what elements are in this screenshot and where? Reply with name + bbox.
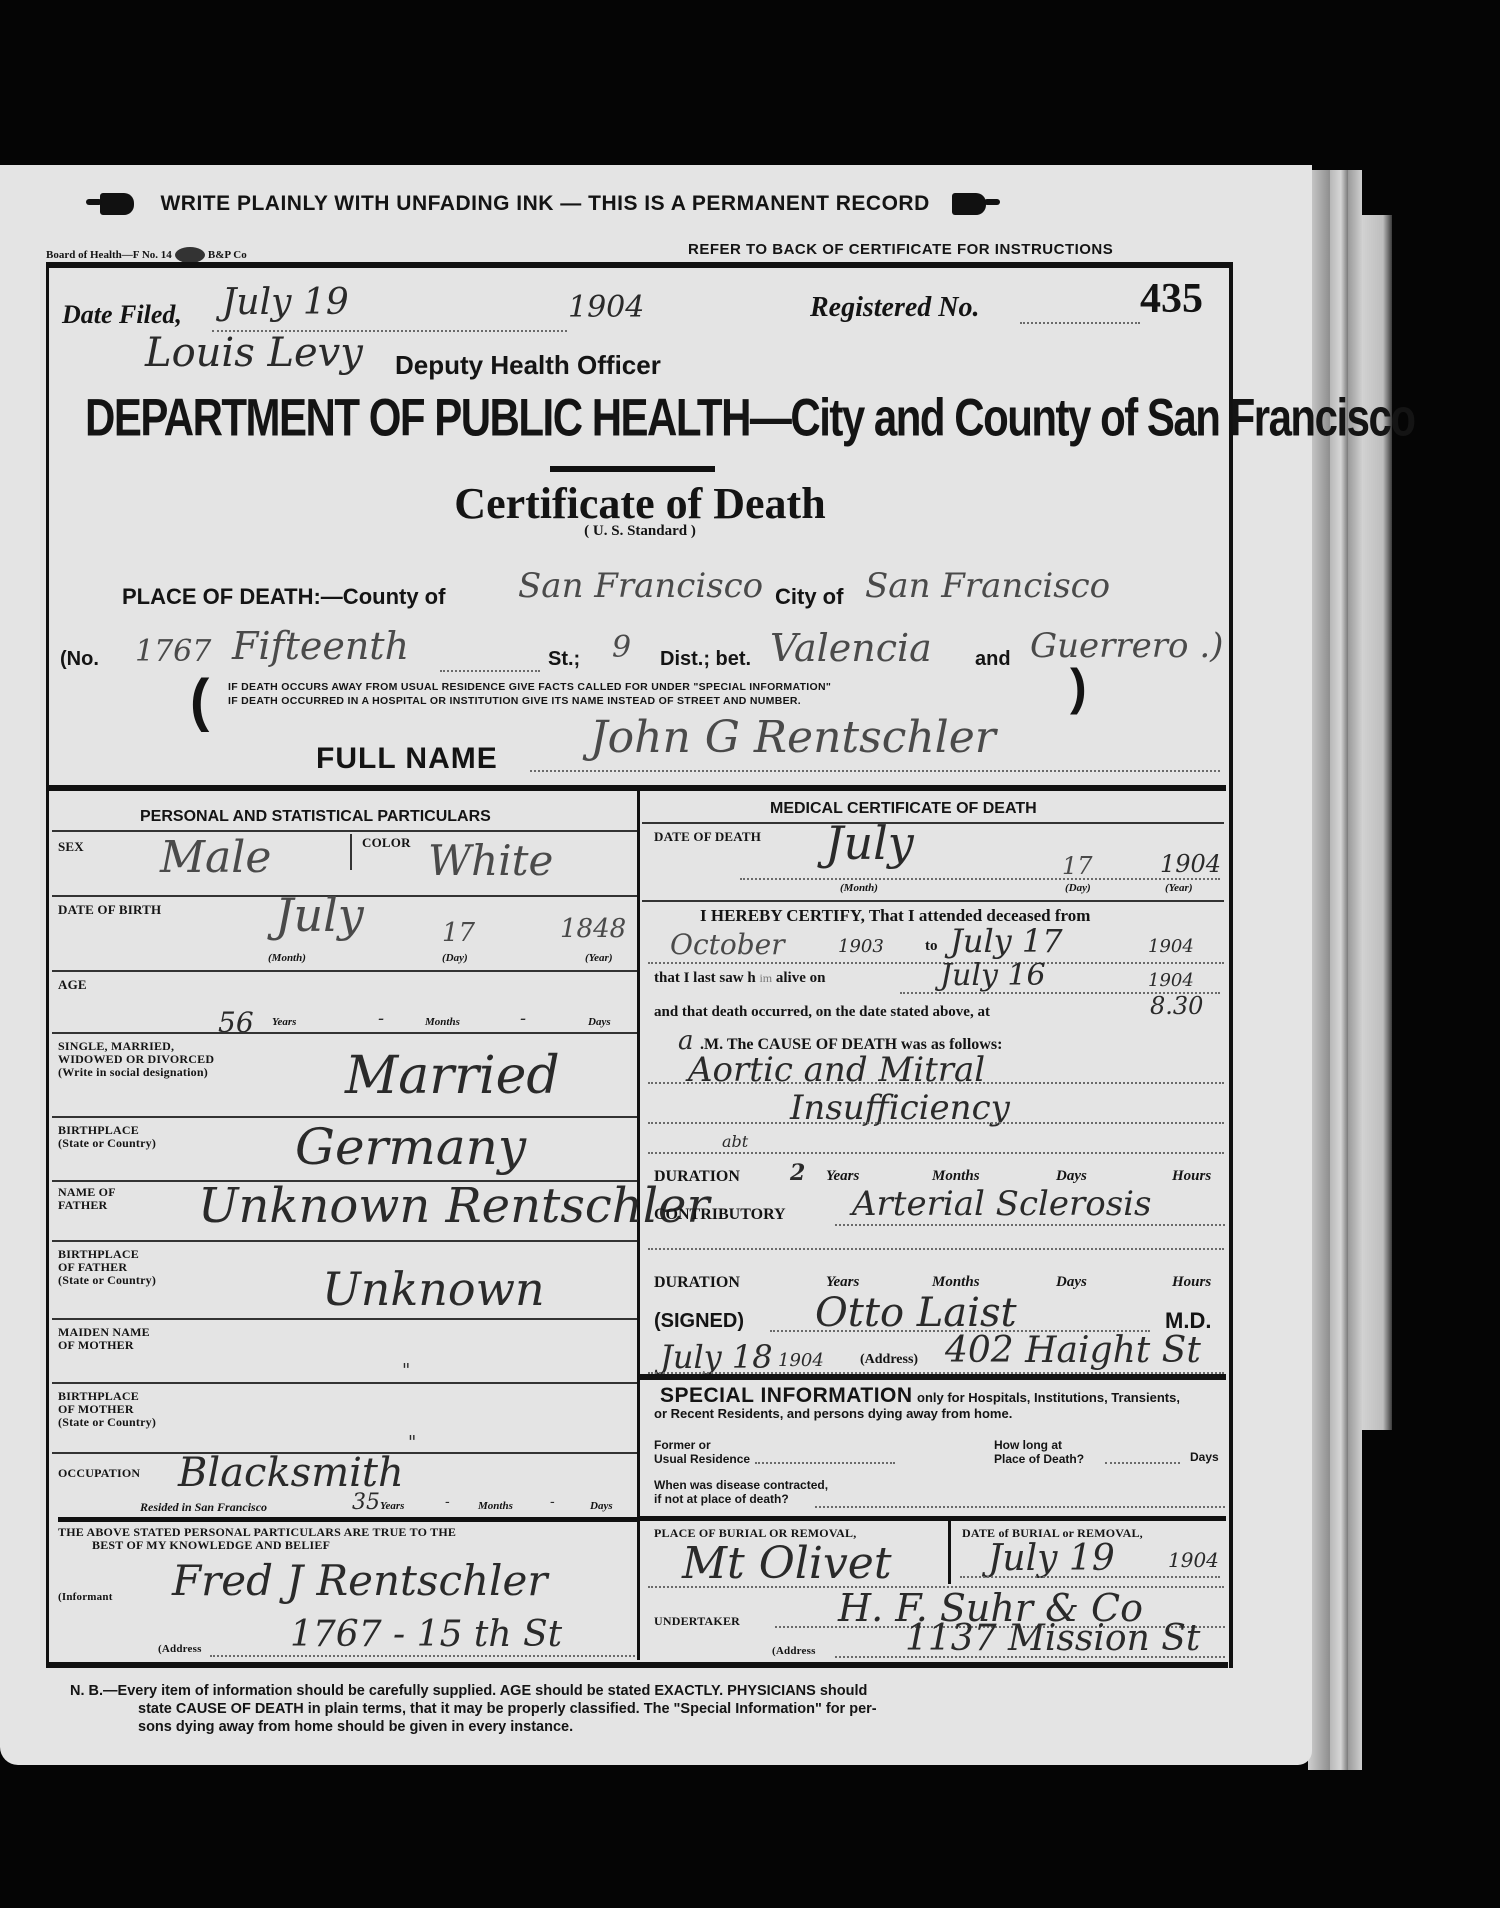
resided-months-caption: Months bbox=[478, 1500, 513, 1512]
resided-days-caption: Days bbox=[590, 1500, 613, 1512]
rule bbox=[440, 670, 540, 672]
former-residence-label: Former or Usual Residence bbox=[654, 1438, 750, 1466]
father-name-label: NAME OF FATHER bbox=[58, 1186, 116, 1212]
rule bbox=[52, 830, 637, 832]
days-caption: Days bbox=[1056, 1274, 1087, 1291]
rule bbox=[52, 1382, 637, 1384]
mother-bp-label-line: (State or Country) bbox=[58, 1416, 156, 1429]
attended-from: October bbox=[670, 928, 785, 961]
and-label: and bbox=[975, 648, 1011, 671]
rule bbox=[52, 1240, 637, 1242]
certificate-subtitle: ( U. S. Standard ) bbox=[0, 523, 1280, 540]
date-filed-label: Date Filed, bbox=[62, 300, 182, 330]
days-caption: Days bbox=[588, 1016, 611, 1028]
special-heading-small: only for Hospitals, Institutions, Transi… bbox=[917, 1390, 1180, 1405]
refer-instructions: REFER TO BACK OF CERTIFICATE FOR INSTRUC… bbox=[688, 241, 1113, 258]
month-caption: (Month) bbox=[840, 882, 878, 894]
birthplace-label: BIRTHPLACE (State or Country) bbox=[58, 1124, 156, 1150]
rule bbox=[1020, 322, 1140, 324]
signed-label: (SIGNED) bbox=[654, 1310, 744, 1333]
rule bbox=[648, 1122, 1224, 1124]
department-title: DEPARTMENT OF PUBLIC HEALTH—City and Cou… bbox=[85, 388, 1415, 448]
officer-title: Deputy Health Officer bbox=[395, 350, 661, 381]
how-long-field bbox=[1105, 1462, 1180, 1464]
footnote-line-3: sons dying away from home should be give… bbox=[70, 1718, 1180, 1736]
color-label: COLOR bbox=[362, 836, 411, 850]
rule bbox=[642, 900, 1224, 902]
place-note-line-2: IF DEATH OCCURRED IN A HOSPITAL OR INSTI… bbox=[228, 694, 831, 708]
date-of-death-day: 17 bbox=[1062, 852, 1093, 880]
months-caption: Months bbox=[932, 1274, 980, 1291]
special-heading-big: SPECIAL INFORMATION bbox=[660, 1384, 913, 1407]
resided-years: 35 bbox=[352, 1490, 380, 1515]
date-filed-year: 1904 bbox=[568, 290, 644, 325]
cross-street-2: Guerrero .) bbox=[1030, 626, 1223, 666]
date-of-death-month: July bbox=[825, 816, 914, 870]
street-label: St.; bbox=[548, 648, 580, 671]
resided-days: - bbox=[550, 1494, 555, 1510]
years-caption: Years bbox=[826, 1274, 859, 1291]
sex-color-divider bbox=[350, 834, 352, 870]
mother-label-line: OF MOTHER bbox=[58, 1339, 150, 1352]
footnote-line-2: state CAUSE OF DEATH in plain terms, tha… bbox=[70, 1700, 1180, 1718]
rule bbox=[960, 1576, 1220, 1578]
union-seal-icon bbox=[175, 247, 205, 263]
date-of-death-label: DATE OF DEATH bbox=[654, 830, 761, 844]
contributory-value: Arterial Sclerosis bbox=[852, 1184, 1152, 1224]
mother-name-label: MAIDEN NAME OF MOTHER bbox=[58, 1326, 150, 1352]
resided-months: - bbox=[445, 1494, 450, 1510]
attended-from-year: 1903 bbox=[838, 936, 884, 957]
banner-text: WRITE PLAINLY WITH UNFADING INK — THIS I… bbox=[160, 192, 929, 215]
color-value: White bbox=[428, 836, 553, 885]
former-label-line: Usual Residence bbox=[654, 1452, 750, 1466]
birthplace-value: Germany bbox=[295, 1118, 526, 1176]
form-id: Board of Health—F No. 14 B&P Co bbox=[46, 247, 247, 263]
last-saw-line: that I last saw h im alive on bbox=[654, 970, 825, 987]
rule bbox=[648, 1152, 1224, 1154]
personal-heading: PERSONAL AND STATISTICAL PARTICULARS bbox=[140, 808, 491, 826]
resided-label: Resided in San Francisco bbox=[140, 1500, 267, 1515]
place-of-death-label: PLACE OF DEATH:—County of bbox=[122, 584, 445, 610]
paren-open: ( bbox=[190, 676, 209, 726]
pointing-hand-icon bbox=[952, 193, 986, 215]
father-bp-label-line: (State or Country) bbox=[58, 1274, 156, 1287]
rule bbox=[52, 970, 637, 972]
dob-month: July bbox=[275, 888, 364, 942]
days-label: Days bbox=[1190, 1450, 1219, 1464]
undertaker-label: UNDERTAKER bbox=[654, 1614, 740, 1628]
burial-date: July 19 bbox=[988, 1538, 1115, 1579]
last-saw-date: July 16 bbox=[940, 958, 1046, 993]
father-birthplace-label: BIRTHPLACE OF FATHER (State or Country) bbox=[58, 1248, 156, 1287]
last-saw-him: im bbox=[759, 971, 772, 985]
undertaker-address-label: (Address bbox=[772, 1644, 816, 1658]
rule bbox=[52, 1318, 637, 1320]
title-rule bbox=[550, 466, 715, 472]
mother-birthplace-label: BIRTHPLACE OF MOTHER (State or Country) bbox=[58, 1390, 156, 1429]
informant-label: (Informant bbox=[58, 1590, 113, 1604]
former-residence-field bbox=[755, 1462, 895, 1464]
footnote-text-1: Every item of information should be care… bbox=[118, 1683, 868, 1699]
attended-to-year: 1904 bbox=[1148, 936, 1194, 957]
father-name-value: Unknown Rentschler bbox=[198, 1178, 709, 1234]
officer-signature: Louis Levy bbox=[145, 330, 363, 376]
sex-label: SEX bbox=[58, 840, 84, 854]
dob-year: 1848 bbox=[560, 914, 626, 944]
sex-value: Male bbox=[160, 832, 271, 883]
contracted-label-line: When was disease contracted, bbox=[654, 1478, 828, 1492]
rule bbox=[648, 1248, 1224, 1250]
duration-years: 2 bbox=[790, 1160, 805, 1186]
informant-statement-line: BEST OF MY KNOWLEDGE AND BELIEF bbox=[58, 1539, 456, 1552]
city-label: City of bbox=[775, 584, 843, 610]
district-label: Dist.; bet. bbox=[660, 648, 751, 671]
marital-label-line: (Write in social designation) bbox=[58, 1066, 214, 1079]
cause-line-1: Aortic and Mitral bbox=[688, 1050, 985, 1090]
informant-rule bbox=[58, 1517, 638, 1522]
special-heading: SPECIAL INFORMATION only for Hospitals, … bbox=[660, 1384, 1180, 1408]
informant-statement: THE ABOVE STATED PERSONAL PARTICULARS AR… bbox=[58, 1526, 456, 1552]
paren-close: ) bbox=[1070, 662, 1087, 712]
special-rule bbox=[640, 1374, 1226, 1380]
months-caption: Months bbox=[425, 1016, 460, 1028]
day-caption: (Day) bbox=[442, 952, 468, 964]
rule bbox=[835, 1656, 1225, 1658]
form-id-text: Board of Health—F No. 14 bbox=[46, 249, 172, 261]
informant-name: Fred J Rentschler bbox=[172, 1556, 547, 1605]
rule bbox=[642, 822, 1224, 824]
registered-label: Registered No. bbox=[810, 292, 980, 324]
alive-on-label: alive on bbox=[776, 970, 826, 986]
number-label: (No. bbox=[60, 648, 99, 671]
footnote-line-1: N. B.—Every item of information should b… bbox=[70, 1682, 1180, 1700]
contracted-label: When was disease contracted, if not at p… bbox=[654, 1478, 828, 1506]
city-value: San Francisco bbox=[865, 566, 1110, 606]
form-bottom-rule bbox=[48, 1662, 1228, 1668]
resided-years-caption: Years bbox=[380, 1500, 404, 1512]
special-heading-small-2: or Recent Residents, and persons dying a… bbox=[654, 1406, 1012, 1421]
footnote: N. B.—Every item of information should b… bbox=[70, 1682, 1180, 1736]
hours-caption: Hours bbox=[1172, 1168, 1211, 1185]
certificate-title-block: Certificate of Death ( U. S. Standard ) bbox=[0, 478, 1280, 540]
hours-caption: Hours bbox=[1172, 1274, 1211, 1291]
rule bbox=[210, 1655, 635, 1657]
street-name: Fifteenth bbox=[232, 624, 409, 668]
burial-divider bbox=[948, 1518, 951, 1584]
birthplace-label-line: (State or Country) bbox=[58, 1137, 156, 1150]
years-caption: Years bbox=[826, 1168, 859, 1185]
mother-name-value: " bbox=[402, 1360, 410, 1381]
marital-label: SINGLE, MARRIED, WIDOWED OR DIVORCED (Wr… bbox=[58, 1040, 214, 1079]
how-long-label-line: How long at bbox=[994, 1438, 1084, 1452]
burial-rule bbox=[640, 1516, 1226, 1521]
physician-address: 402 Haight St bbox=[945, 1330, 1201, 1371]
occurred-text: and that death occurred, on the date sta… bbox=[654, 1004, 990, 1021]
informant-address-label: (Address bbox=[158, 1642, 202, 1656]
signed-year: 1904 bbox=[778, 1350, 824, 1371]
physician-address-label: (Address) bbox=[860, 1352, 918, 1368]
pointing-hand-icon bbox=[100, 193, 134, 215]
age-days: - bbox=[520, 1008, 526, 1029]
father-label-line: FATHER bbox=[58, 1199, 116, 1212]
rule bbox=[52, 1032, 637, 1034]
to-label: to bbox=[925, 938, 938, 955]
date-filed-value: July 19 bbox=[222, 282, 349, 323]
contracted-field bbox=[815, 1506, 1225, 1508]
undertaker-address: 1137 Mission St bbox=[905, 1618, 1200, 1659]
date-of-death-year: 1904 bbox=[1160, 850, 1221, 878]
district-value: 9 bbox=[612, 630, 631, 665]
informant-address: 1767 - 15 th St bbox=[290, 1614, 562, 1655]
rule bbox=[648, 1082, 1224, 1084]
rule bbox=[740, 878, 1220, 880]
days-caption: Days bbox=[1056, 1168, 1087, 1185]
occupation-label: OCCUPATION bbox=[58, 1466, 140, 1480]
full-name-label: FULL NAME bbox=[316, 742, 498, 776]
duration-abt: abt bbox=[722, 1132, 748, 1151]
signed-date: July 18 bbox=[660, 1338, 773, 1376]
duration-label: DURATION bbox=[654, 1168, 740, 1186]
place-note: IF DEATH OCCURS AWAY FROM USUAL RESIDENC… bbox=[228, 680, 831, 708]
dob-day: 17 bbox=[442, 918, 475, 948]
age-years: 56 bbox=[218, 1006, 254, 1039]
rule bbox=[530, 770, 1220, 772]
banner: WRITE PLAINLY WITH UNFADING INK — THIS I… bbox=[100, 192, 1230, 216]
cross-street-1: Valencia bbox=[770, 626, 932, 670]
marital-value: Married bbox=[345, 1046, 560, 1106]
duration-2-label: DURATION bbox=[654, 1274, 740, 1292]
last-saw-year: 1904 bbox=[1148, 970, 1194, 991]
county-value: San Francisco bbox=[518, 566, 763, 606]
year-caption: (Year) bbox=[1165, 882, 1193, 894]
registered-number: 435 bbox=[1140, 275, 1203, 323]
full-name-value: John G Rentschler bbox=[590, 712, 996, 763]
mother-birthplace-value: " bbox=[408, 1432, 416, 1453]
months-caption: Months bbox=[932, 1168, 980, 1185]
father-birthplace-value: Unknown bbox=[322, 1262, 545, 1316]
attended-to: July 17 bbox=[950, 922, 1063, 960]
how-long-label: How long at Place of Death? bbox=[994, 1438, 1084, 1466]
footnote-nb: N. B.— bbox=[70, 1683, 118, 1699]
time-of-death: 8.30 bbox=[1150, 992, 1203, 1020]
place-note-line-1: IF DEATH OCCURS AWAY FROM USUAL RESIDENC… bbox=[228, 680, 831, 694]
dob-label: DATE OF BIRTH bbox=[58, 903, 161, 917]
rule bbox=[835, 1224, 1225, 1226]
age-label: AGE bbox=[58, 978, 87, 992]
age-months: - bbox=[378, 1008, 384, 1029]
certificate-title: Certificate of Death bbox=[0, 478, 1280, 529]
contributory-label: CONTRIBUTORY bbox=[654, 1206, 786, 1224]
printer-text: B&P Co bbox=[208, 249, 247, 261]
month-caption: (Month) bbox=[268, 952, 306, 964]
last-saw-label: that I last saw h bbox=[654, 970, 756, 986]
day-caption: (Day) bbox=[1065, 882, 1091, 894]
rule bbox=[648, 962, 1224, 964]
contracted-label-line: if not at place of death? bbox=[654, 1492, 828, 1506]
burial-year: 1904 bbox=[1168, 1548, 1219, 1572]
burial-place: Mt Olivet bbox=[682, 1538, 892, 1589]
years-caption: Years bbox=[272, 1016, 296, 1028]
how-long-label-line: Place of Death? bbox=[994, 1452, 1084, 1466]
street-number: 1767 bbox=[135, 634, 211, 669]
year-caption: (Year) bbox=[585, 952, 613, 964]
former-label-line: Former or bbox=[654, 1438, 750, 1452]
